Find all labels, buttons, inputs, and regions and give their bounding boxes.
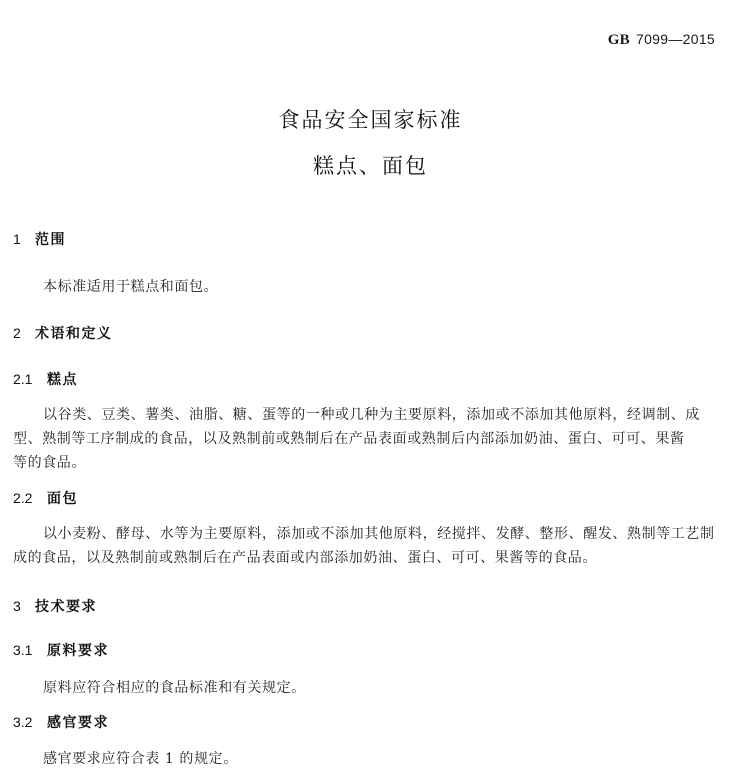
paragraph-line: 本标准适用于糕点和面包。	[43, 276, 218, 296]
subsection-heading-bread: 2.2面包	[13, 488, 78, 508]
paragraph-line: 型、熟制等工序制成的食品，以及熟制前或熟制后在产品表面或熟制后内部添加奶油、蛋白…	[13, 428, 685, 448]
section-title: 术语和定义	[35, 326, 113, 342]
subsection-heading-raw-materials: 3.1原料要求	[13, 640, 109, 660]
subsection-title: 面包	[47, 491, 78, 507]
paragraph-line: 以谷类、豆类、薯类、油脂、糖、蛋等的一种或几种为主要原料，添加或不添加其他原料，…	[43, 404, 700, 424]
section-number: 2	[13, 325, 35, 341]
standard-number: 7099—2015	[636, 31, 715, 47]
paragraph-line: 等的食品。	[13, 452, 86, 472]
section-number: 1	[13, 231, 35, 247]
section-heading-scope: 1范围	[13, 229, 66, 249]
subsection-number: 3.2	[13, 714, 47, 730]
subsection-number: 2.1	[13, 371, 47, 387]
subsection-title: 糕点	[47, 372, 78, 388]
subsection-heading-sensory: 3.2感官要求	[13, 712, 109, 732]
subsection-number: 3.1	[13, 642, 47, 658]
section-heading-technical-requirements: 3技术要求	[13, 596, 97, 616]
paragraph-line: 以小麦粉、酵母、水等为主要原料，添加或不添加其他原料，经搅拌、发酵、整形、醒发、…	[43, 523, 715, 543]
standard-code: GB7099—2015	[608, 31, 715, 49]
section-number: 3	[13, 598, 35, 614]
subsection-number: 2.2	[13, 490, 47, 506]
document-page: GB7099—2015 食品安全国家标准 糕点、面包 1范围 本标准适用于糕点和…	[0, 0, 741, 781]
paragraph-line: 感官要求应符合表 1 的规定。	[43, 748, 238, 768]
subsection-title: 原料要求	[47, 643, 109, 659]
document-title: 食品安全国家标准	[0, 104, 741, 134]
paragraph-line: 成的食品，以及熟制前或熟制后在产品表面或内部添加奶油、蛋白、可可、果酱等的食品。	[13, 547, 597, 567]
paragraph-line: 原料应符合相应的食品标准和有关规定。	[43, 677, 306, 697]
standard-prefix: GB	[608, 32, 630, 48]
section-title: 范围	[35, 232, 66, 248]
section-heading-terms: 2术语和定义	[13, 323, 113, 343]
subsection-title: 感官要求	[47, 715, 109, 731]
document-subtitle: 糕点、面包	[0, 150, 741, 180]
section-title: 技术要求	[35, 599, 97, 615]
subsection-heading-pastry: 2.1糕点	[13, 369, 78, 389]
